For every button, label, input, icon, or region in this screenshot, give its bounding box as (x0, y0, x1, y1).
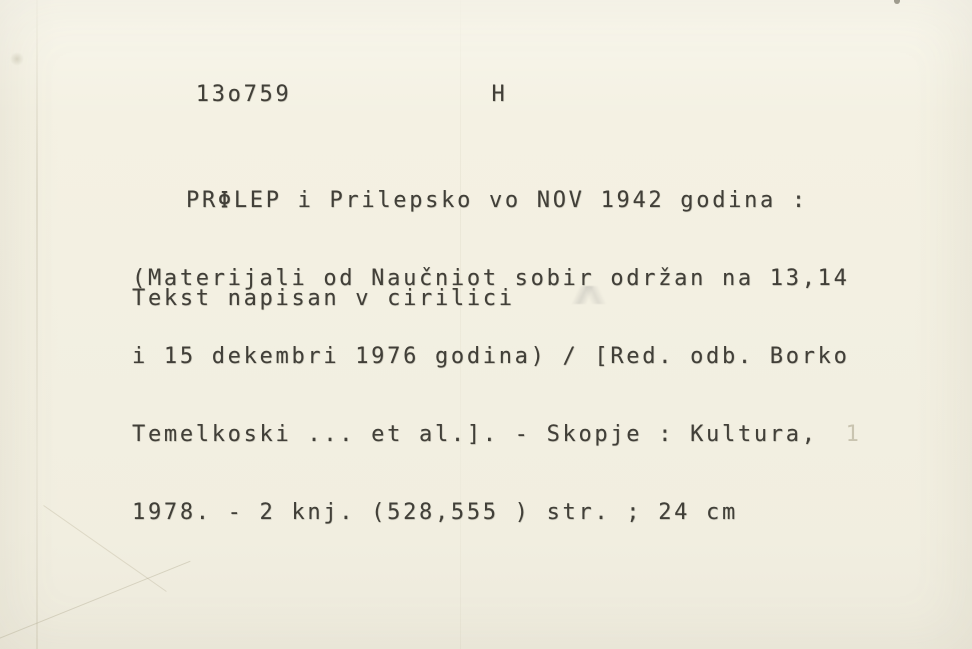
entry-line-1: PRΦLEP i Prilepsko vo NOV 1942 godina : (132, 188, 862, 214)
language-note: Tekst napisan v cirilici (132, 286, 515, 312)
entry-line-3: i 15 dekembri 1976 godina) / [Red. odb. … (132, 344, 862, 370)
catalog-card: 13o759H PRΦLEP i Prilepsko vo NOV 1942 g… (0, 0, 972, 649)
smudge-top-left (10, 52, 24, 66)
header-row: 13o759H (132, 56, 507, 134)
ink-speck-top-edge (894, 0, 900, 4)
entry-line-5: 1978. - 2 knj. (528,555 ) str. ; 24 cm (132, 500, 862, 526)
bibliographic-entry: PRΦLEP i Prilepsko vo NOV 1942 godina : … (132, 136, 862, 578)
entry-line-4-text: Temelkoski ... et al.]. - Skopje : Kultu… (132, 422, 818, 447)
paper-crease-left (36, 0, 38, 649)
faint-overstrike-char: 1 (846, 422, 862, 447)
section-letter: H (491, 82, 507, 108)
call-number: 13o759 (196, 82, 292, 107)
entry-line-4: Temelkoski ... et al.]. - Skopje : Kultu… (132, 422, 862, 448)
